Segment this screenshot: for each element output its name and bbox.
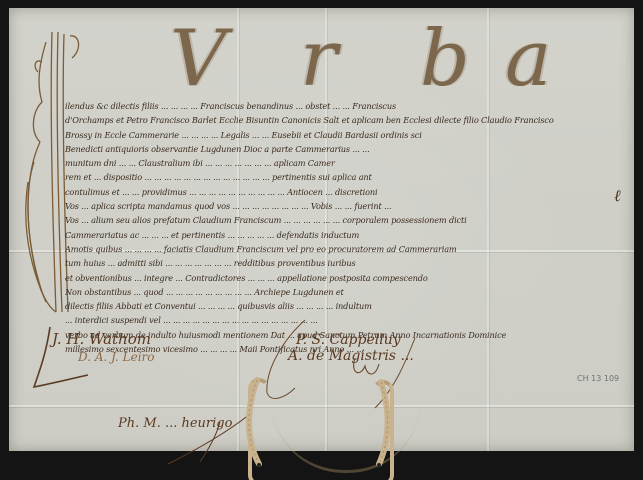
header-ornamental-letters: V r b a [150,14,600,109]
text-line: dilectis filiis Abbati et Conventui ... … [65,299,620,313]
text-line: Vos ... aplica scripta mandamus quod vos… [65,199,620,213]
text-line: d'Orchamps et Petro Francisco Barlet Ecc… [65,113,620,127]
margin-mark: ℓ [614,186,621,206]
text-line: Amotis quibus ... ... ... ... faciatis C… [65,242,620,256]
text-line: et obventionibus ... integre ... Contrad… [65,271,620,285]
signature-flourish-icon [30,325,110,395]
text-line: contulimus et ... ... providimus ... ...… [65,185,620,199]
seal-cord-icon [245,372,395,472]
text-line: Non obstantibus ... quod ... ... ... ...… [65,285,620,299]
header-letter: a [505,14,550,104]
text-line: ilendus &c dilectis filiis ... ... ... .… [65,99,620,113]
header-letter: V [170,14,224,104]
archive-shelfmark: CH 13 109 [577,374,619,383]
text-line: munitum dni ... ... Claustralium ibi ...… [65,156,620,170]
text-line: tum huius ... admitti sibi ... ... ... .… [65,256,620,270]
text-line: Brossy in Eccle Cammerarie ... ... ... .… [65,128,620,142]
text-line: Benedicti antiquioris observantie Lugdun… [65,142,620,156]
text-line: rem et ... dispositio ... ... ... ... ..… [65,170,620,184]
header-letter: b [420,14,468,104]
text-line: Cammerariatus ac ... ... ... et pertinen… [65,228,620,242]
text-line: Vos ... alium seu alios prefatum Claudiu… [65,213,620,227]
header-letter: r [300,14,335,104]
